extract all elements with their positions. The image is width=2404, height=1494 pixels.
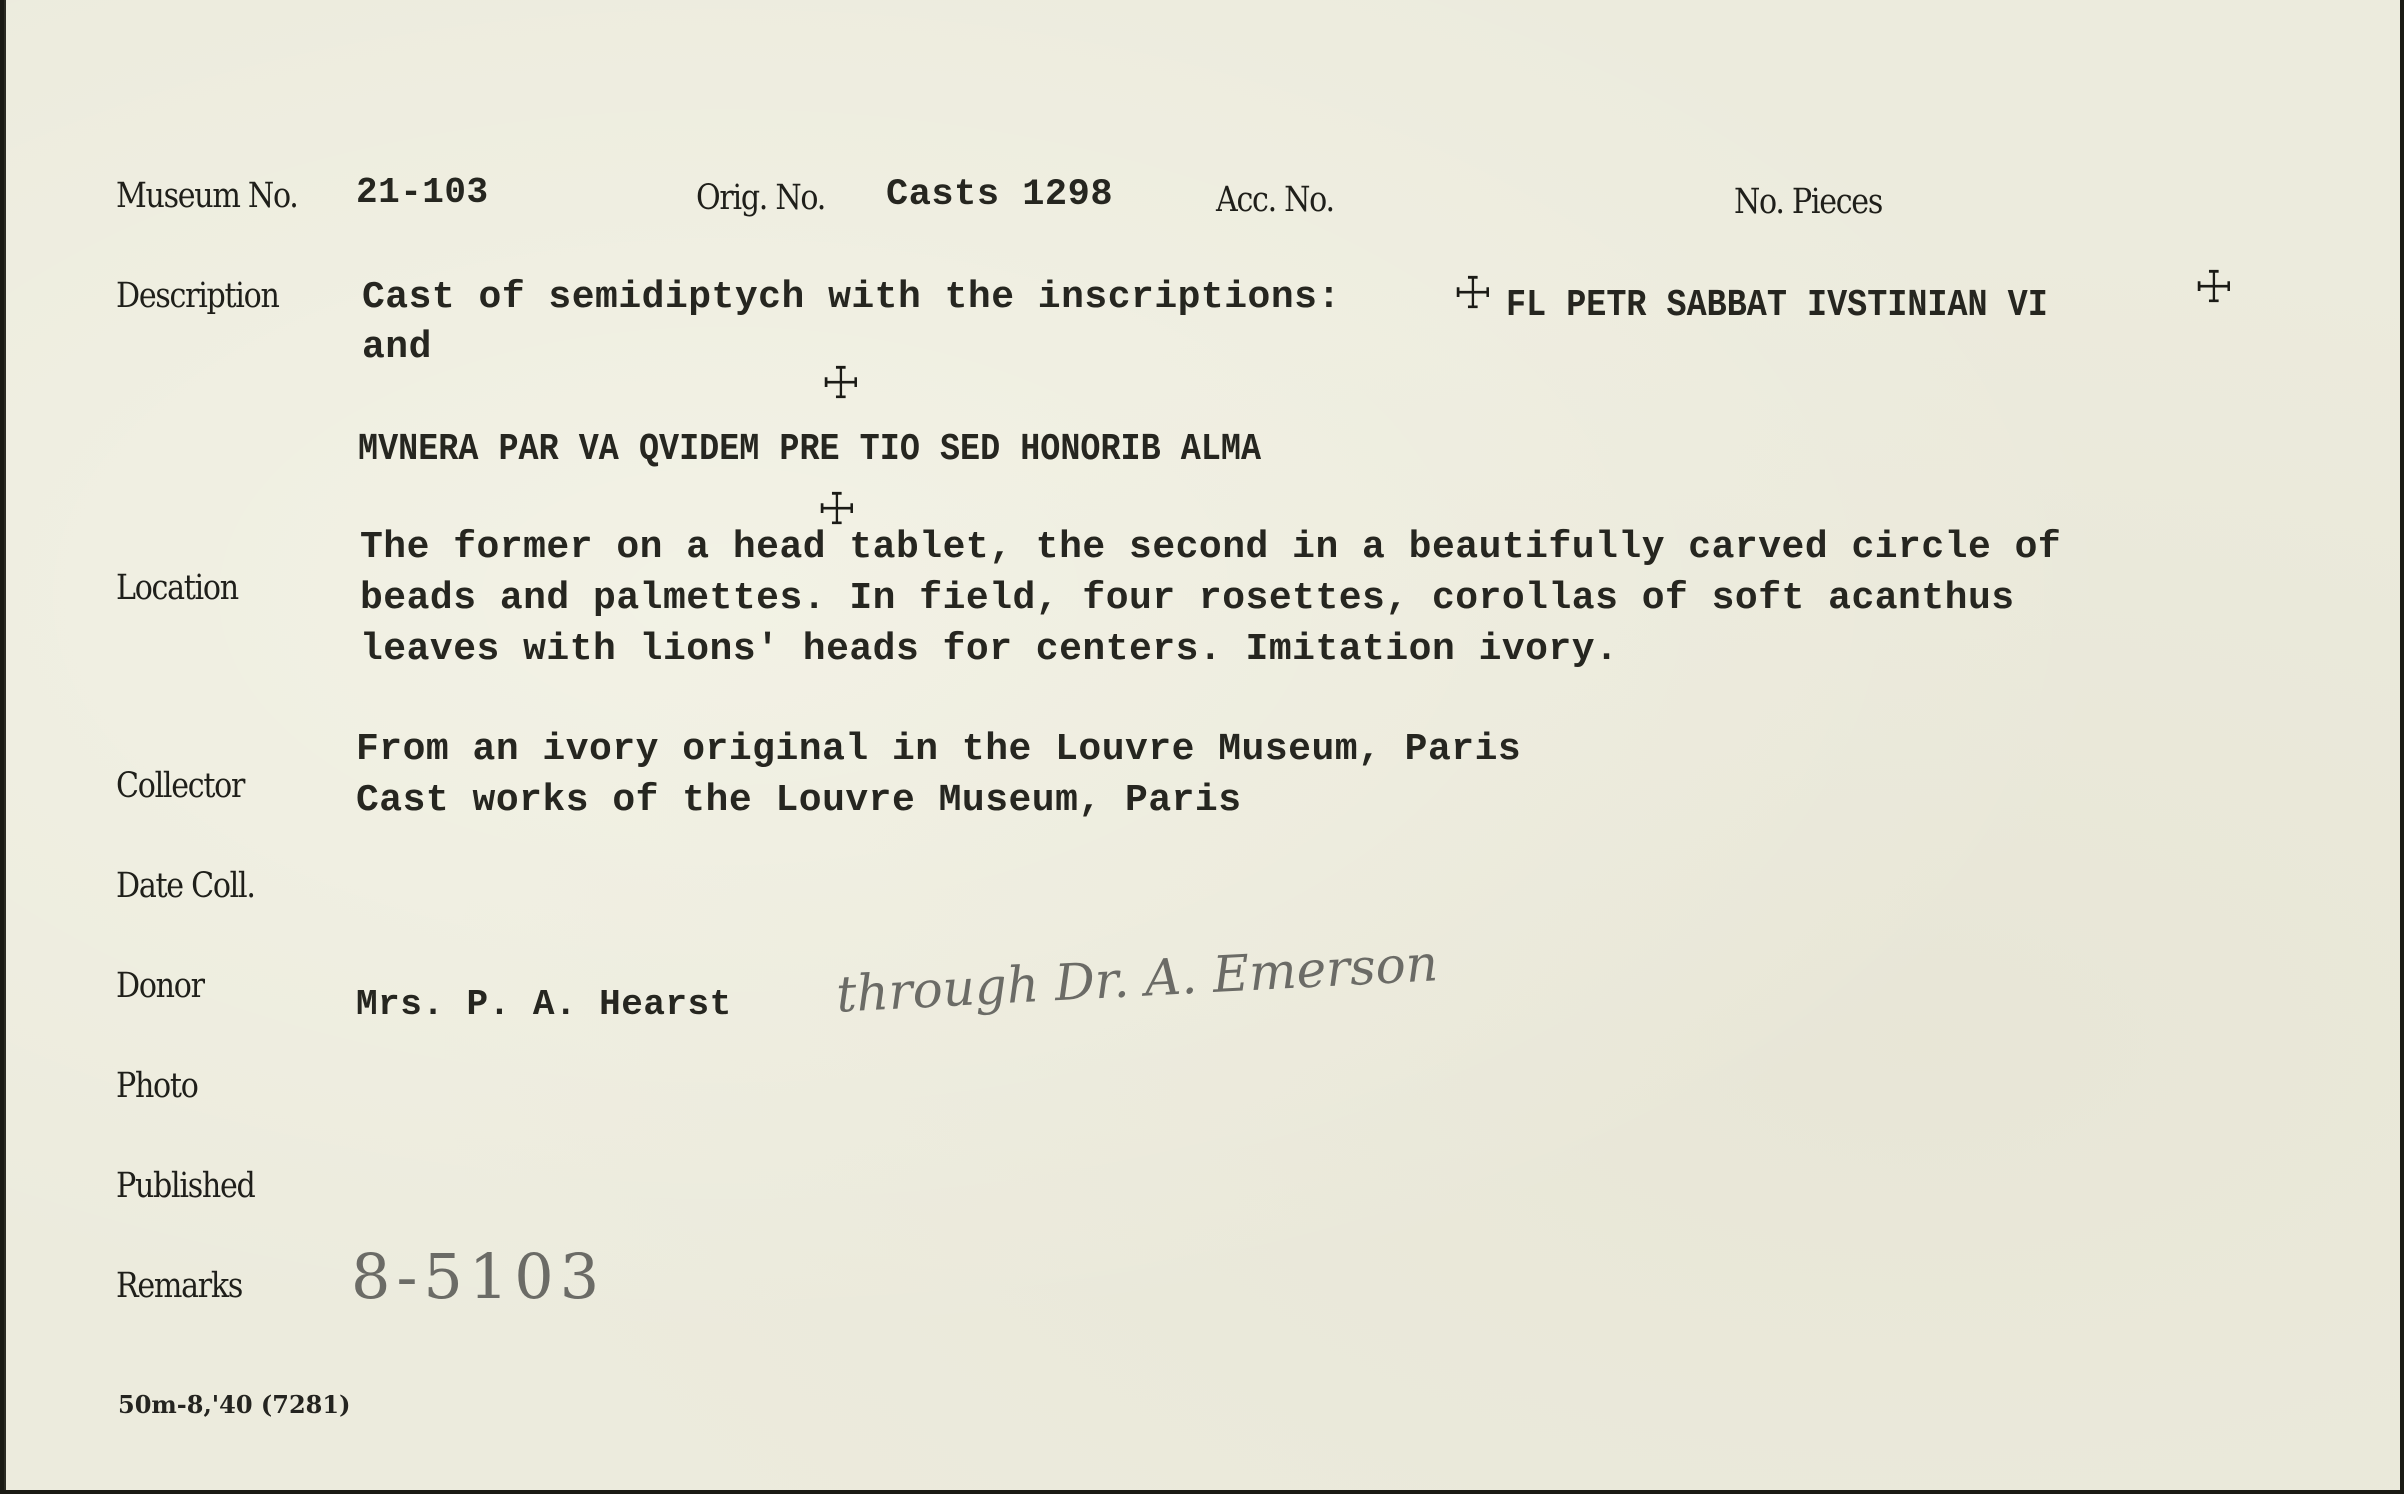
catalog-card: Museum No. 21-103 Orig. No. Casts 1298 A… xyxy=(4,0,2400,1490)
description-line2: and xyxy=(362,326,432,369)
photo-label: Photo xyxy=(116,1066,198,1106)
cross-icon: ☩ xyxy=(1453,272,1492,316)
location-text: The former on a head tablet, the second … xyxy=(360,522,2061,675)
remarks-handwritten-value: 8-5103 xyxy=(351,1240,605,1313)
orig-no-value: Casts 1298 xyxy=(886,174,1113,216)
donor-label: Donor xyxy=(116,966,204,1006)
description-label: Description xyxy=(116,276,279,316)
published-label: Published xyxy=(116,1166,254,1206)
museum-no-value: 21-103 xyxy=(356,172,489,213)
location-line: leaves with lions' heads for centers. Im… xyxy=(360,624,2061,675)
collector-line: Cast works of the Louvre Museum, Paris xyxy=(356,775,1521,826)
remarks-label: Remarks xyxy=(116,1266,242,1306)
orig-no-label: Orig. No. xyxy=(696,178,825,218)
collector-text: From an ivory original in the Louvre Mus… xyxy=(356,724,1521,826)
donor-typed-value: Mrs. P. A. Hearst xyxy=(356,984,732,1025)
location-label: Location xyxy=(116,568,238,608)
description-line1: Cast of semidiptych with the inscription… xyxy=(362,276,1341,319)
collector-line: From an ivory original in the Louvre Mus… xyxy=(356,724,1521,775)
location-line: The former on a head tablet, the second … xyxy=(360,522,2061,573)
inscription-2: MVNERA PAR VA QVIDEM PRE TIO SED HONORIB… xyxy=(358,428,1261,471)
date-coll-label: Date Coll. xyxy=(116,866,255,906)
collector-label: Collector xyxy=(116,766,244,806)
museum-no-label: Museum No. xyxy=(116,176,298,216)
inscription-1: FL PETR SABBAT IVSTINIAN VI xyxy=(1506,284,2048,327)
location-line: beads and palmettes. In field, four rose… xyxy=(360,573,2061,624)
cross-icon: ☩ xyxy=(2194,266,2233,310)
acc-no-label: Acc. No. xyxy=(1216,180,1334,220)
cross-icon: ☩ xyxy=(821,362,860,406)
no-pieces-label: No. Pieces xyxy=(1734,182,1882,222)
print-code: 50m-8,'40 (7281) xyxy=(118,1390,350,1419)
donor-handwritten-value: through Dr. A. Emerson xyxy=(835,934,1439,1023)
